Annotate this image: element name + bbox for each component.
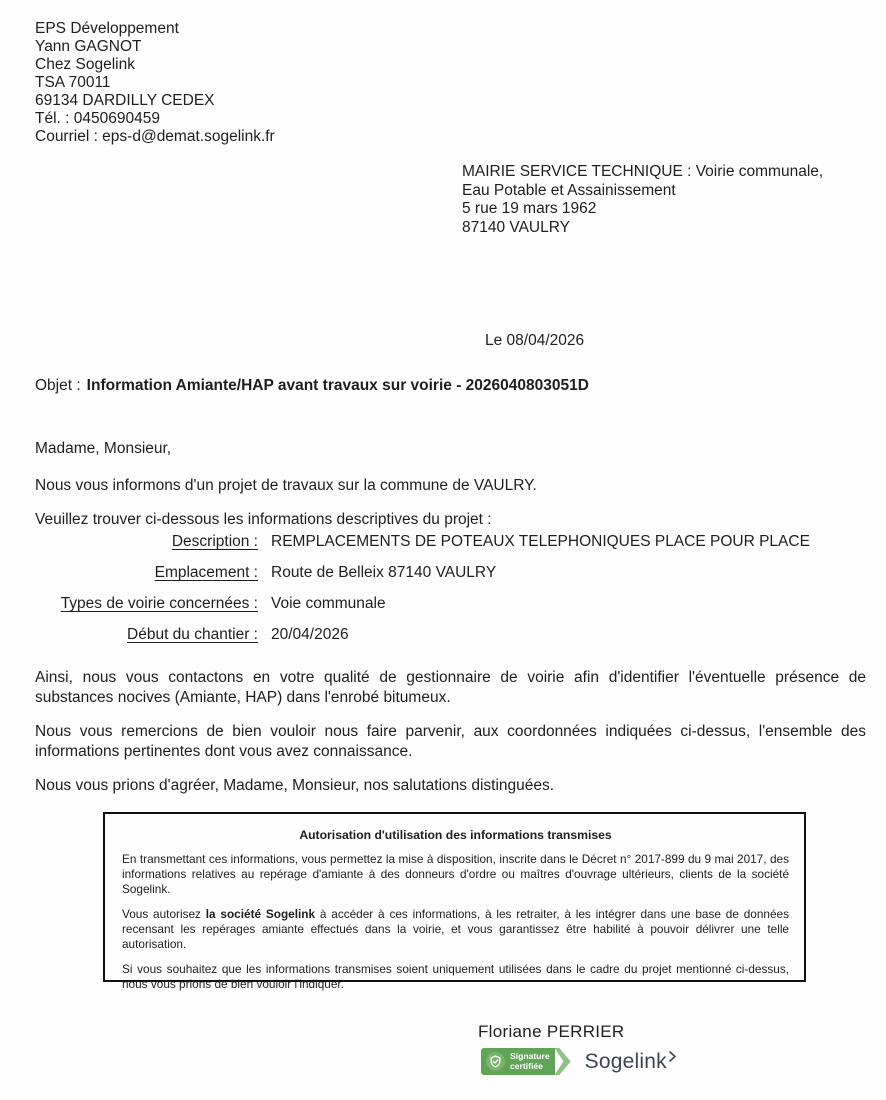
field-row-description: Description : REMPLACEMENTS DE POTEAUX T…: [35, 533, 866, 551]
letter-page: EPS Développement Yann GAGNOT Chez Sogel…: [0, 0, 886, 1100]
subject-line: Objet :Information Amiante/HAP avant tra…: [35, 377, 589, 395]
salutation: Madame, Monsieur,: [35, 440, 171, 458]
sender-address-block: EPS Développement Yann GAGNOT Chez Sogel…: [35, 20, 275, 146]
body-paragraph-1: Ainsi, nous vous contactons en votre qua…: [35, 668, 866, 708]
sogelink-logo: Sogelink: [585, 1050, 677, 1074]
field-value-emplacement: Route de Belleix 87140 VAULRY: [271, 564, 496, 582]
sender-phone: Tél. : 0450690459: [35, 110, 275, 128]
field-label-emplacement: Emplacement :: [35, 564, 258, 582]
project-fields: Description : REMPLACEMENTS DE POTEAUX T…: [35, 533, 866, 657]
field-label-description: Description :: [35, 533, 258, 551]
sogelink-wordmark: Sogelink: [585, 1050, 667, 1074]
sender-care-of: Chez Sogelink: [35, 56, 275, 74]
authorization-paragraph-3: Si vous souhaitez que les informations t…: [122, 962, 789, 992]
subject-label: Objet :: [35, 377, 81, 394]
field-label-types-voirie: Types de voirie concernées :: [35, 595, 258, 613]
field-row-debut-chantier: Début du chantier : 20/04/2026: [35, 626, 866, 644]
details-intro-paragraph: Veuillez trouver ci-dessous les informat…: [35, 510, 866, 530]
authorization-paragraph-2: Vous autorisez la société Sogelink à acc…: [122, 907, 789, 952]
field-label-debut-chantier: Début du chantier :: [35, 626, 258, 644]
sender-postal-box: TSA 70011: [35, 74, 275, 92]
authorization-paragraph-2-bold: la société Sogelink: [206, 907, 315, 921]
sender-company: EPS Développement: [35, 20, 275, 38]
signature-certification-row: Signature certifiée Sogelink: [481, 1048, 677, 1075]
signatory-name: Floriane PERRIER: [478, 1022, 625, 1042]
field-value-types-voirie: Voie communale: [271, 595, 386, 613]
authorization-paragraph-1: En transmettant ces informations, vous p…: [122, 852, 789, 897]
field-value-debut-chantier: 20/04/2026: [271, 626, 349, 644]
certified-signature-badge: Signature certifiée: [481, 1048, 555, 1075]
letter-date: Le 08/04/2026: [485, 332, 584, 350]
field-value-description: REMPLACEMENTS DE POTEAUX TELEPHONIQUES P…: [271, 533, 810, 551]
sender-name: Yann GAGNOT: [35, 38, 275, 56]
field-row-types-voirie: Types de voirie concernées : Voie commun…: [35, 595, 866, 613]
recipient-city: 87140 VAULRY: [462, 219, 823, 238]
intro-paragraph: Nous vous informons d'un projet de trava…: [35, 476, 866, 496]
recipient-address-block: MAIRIE SERVICE TECHNIQUE : Voirie commun…: [462, 163, 823, 237]
closing-paragraph: Nous vous prions d'agréer, Madame, Monsi…: [35, 776, 866, 796]
recipient-street: 5 rue 19 mars 1962: [462, 200, 823, 219]
sender-email: Courriel : eps-d@demat.sogelink.fr: [35, 128, 275, 146]
sender-city: 69134 DARDILLY CEDEX: [35, 92, 275, 110]
shield-check-icon: [486, 1052, 505, 1071]
recipient-service: MAIRIE SERVICE TECHNIQUE : Voirie commun…: [462, 163, 823, 182]
recipient-service-2: Eau Potable et Assainissement: [462, 182, 823, 201]
subject-value: Information Amiante/HAP avant travaux su…: [87, 377, 589, 394]
body-paragraph-2: Nous vous remercions de bien vouloir nou…: [35, 722, 866, 762]
sogelink-chevron-icon: [668, 1051, 677, 1062]
field-row-emplacement: Emplacement : Route de Belleix 87140 VAU…: [35, 564, 866, 582]
authorization-box-title: Autorisation d'utilisation des informati…: [122, 828, 789, 842]
authorization-box: Autorisation d'utilisation des informati…: [103, 812, 806, 982]
badge-chevron-icon: [555, 1048, 571, 1075]
authorization-paragraph-2-prefix: Vous autorisez: [122, 907, 206, 921]
certified-signature-label: Signature certifiée: [510, 1052, 553, 1071]
